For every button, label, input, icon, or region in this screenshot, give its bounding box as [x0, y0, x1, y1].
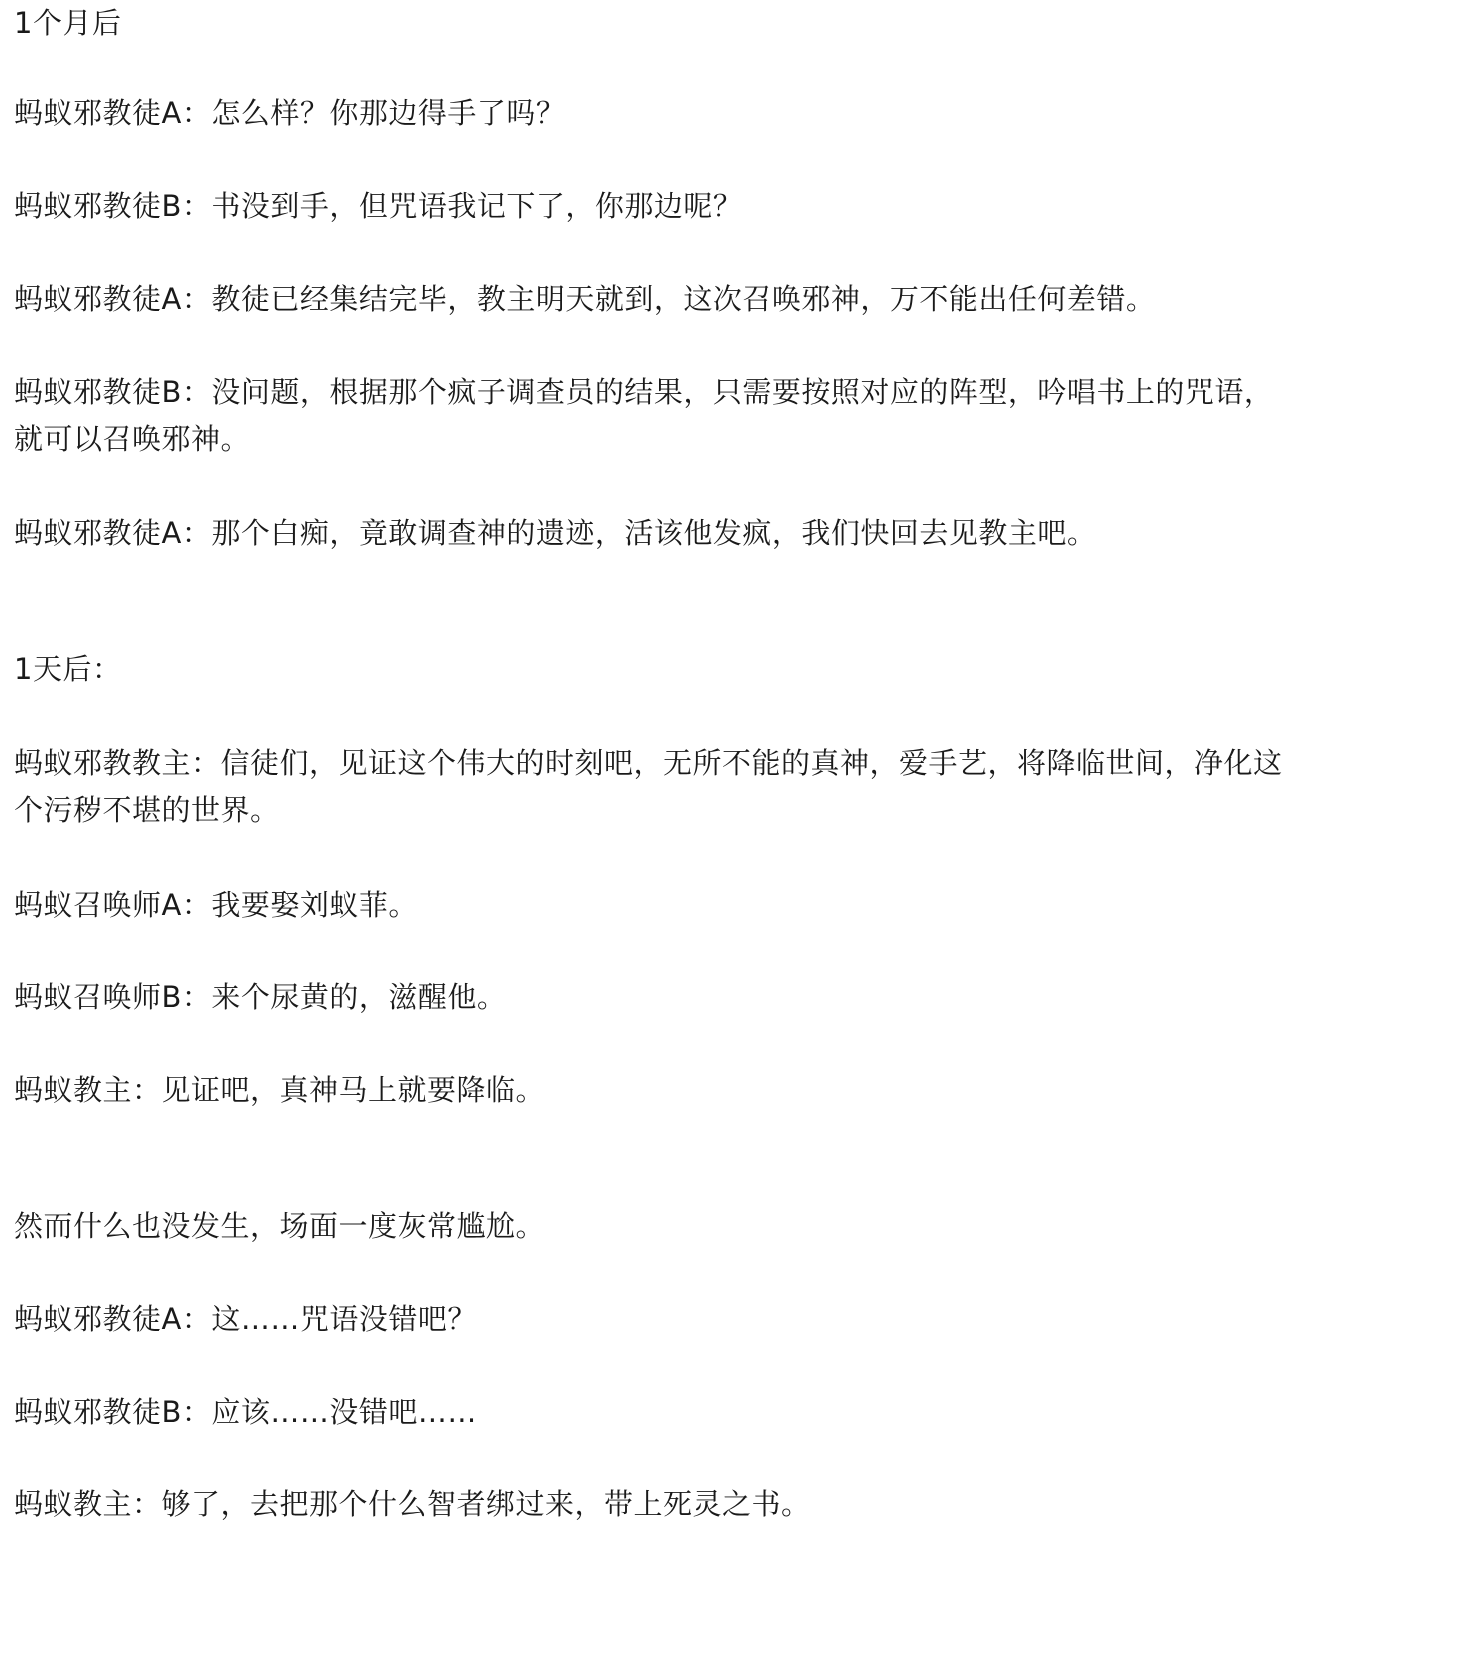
- dialogue-line: 蚂蚁邪教徒A：这……咒语没错吧？: [14, 1296, 1434, 1343]
- paragraph-line: 蚂蚁召唤师A：我要娶刘蚁菲。: [14, 882, 1434, 929]
- paragraph-line: 蚂蚁邪教徒B：没问题，根据那个疯子调查员的结果，只需要按照对应的阵型，吟唱书上的…: [14, 369, 1434, 416]
- paragraph-line: 1个月后: [14, 0, 1434, 47]
- paragraph-line: 蚂蚁召唤师B：来个尿黄的，滋醒他。: [14, 974, 1434, 1021]
- dialogue-line: 蚂蚁邪教徒A：怎么样？你那边得手了吗？: [14, 90, 1434, 137]
- paragraph-line: 蚂蚁教主：见证吧，真神马上就要降临。: [14, 1067, 1434, 1114]
- dialogue-line: 蚂蚁教主：够了，去把那个什么智者绑过来，带上死灵之书。: [14, 1481, 1434, 1528]
- dialogue-line: 蚂蚁邪教徒A：教徒已经集结完毕，教主明天就到，这次召唤邪神，万不能出任何差错。: [14, 276, 1434, 323]
- dialogue-line: 蚂蚁邪教教主：信徒们，见证这个伟大的时刻吧，无所不能的真神，爱手艺，将降临世间，…: [14, 740, 1434, 834]
- paragraph-line: 蚂蚁邪教徒A：那个白痴，竟敢调查神的遗迹，活该他发疯，我们快回去见教主吧。: [14, 510, 1434, 557]
- paragraph-line: 1天后：: [14, 646, 1434, 693]
- paragraph-line: 然而什么也没发生，场面一度灰常尴尬。: [14, 1203, 1434, 1250]
- dialogue-line: 蚂蚁邪教徒B：没问题，根据那个疯子调查员的结果，只需要按照对应的阵型，吟唱书上的…: [14, 369, 1434, 463]
- narration-line: 然而什么也没发生，场面一度灰常尴尬。: [14, 1203, 1434, 1250]
- paragraph-line: 个污秽不堪的世界。: [14, 787, 1434, 834]
- paragraph-time-marker-1-day: 1天后：: [14, 646, 1434, 693]
- dialogue-line: 蚂蚁教主：见证吧，真神马上就要降临。: [14, 1067, 1434, 1114]
- dialogue-line: 蚂蚁邪教徒B：应该……没错吧……: [14, 1389, 1434, 1436]
- paragraph-line: 蚂蚁邪教徒A：教徒已经集结完毕，教主明天就到，这次召唤邪神，万不能出任何差错。: [14, 276, 1434, 323]
- dialogue-line: 蚂蚁邪教徒B：书没到手，但咒语我记下了，你那边呢？: [14, 183, 1434, 230]
- paragraph-time-marker-1-month: 1个月后: [14, 0, 1434, 47]
- paragraph-line: 蚂蚁邪教徒B：书没到手，但咒语我记下了，你那边呢？: [14, 183, 1434, 230]
- paragraph-line: 蚂蚁邪教教主：信徒们，见证这个伟大的时刻吧，无所不能的真神，爱手艺，将降临世间，…: [14, 740, 1434, 787]
- dialogue-line: 蚂蚁召唤师B：来个尿黄的，滋醒他。: [14, 974, 1434, 1021]
- paragraph-line: 蚂蚁邪教徒B：应该……没错吧……: [14, 1389, 1434, 1436]
- dialogue-line: 蚂蚁召唤师A：我要娶刘蚁菲。: [14, 882, 1434, 929]
- paragraph-line: 蚂蚁教主：够了，去把那个什么智者绑过来，带上死灵之书。: [14, 1481, 1434, 1528]
- dialogue-line: 蚂蚁邪教徒A：那个白痴，竟敢调查神的遗迹，活该他发疯，我们快回去见教主吧。: [14, 510, 1434, 557]
- paragraph-line: 蚂蚁邪教徒A：这……咒语没错吧？: [14, 1296, 1434, 1343]
- paragraph-line: 蚂蚁邪教徒A：怎么样？你那边得手了吗？: [14, 90, 1434, 137]
- paragraph-line: 就可以召唤邪神。: [14, 416, 1434, 463]
